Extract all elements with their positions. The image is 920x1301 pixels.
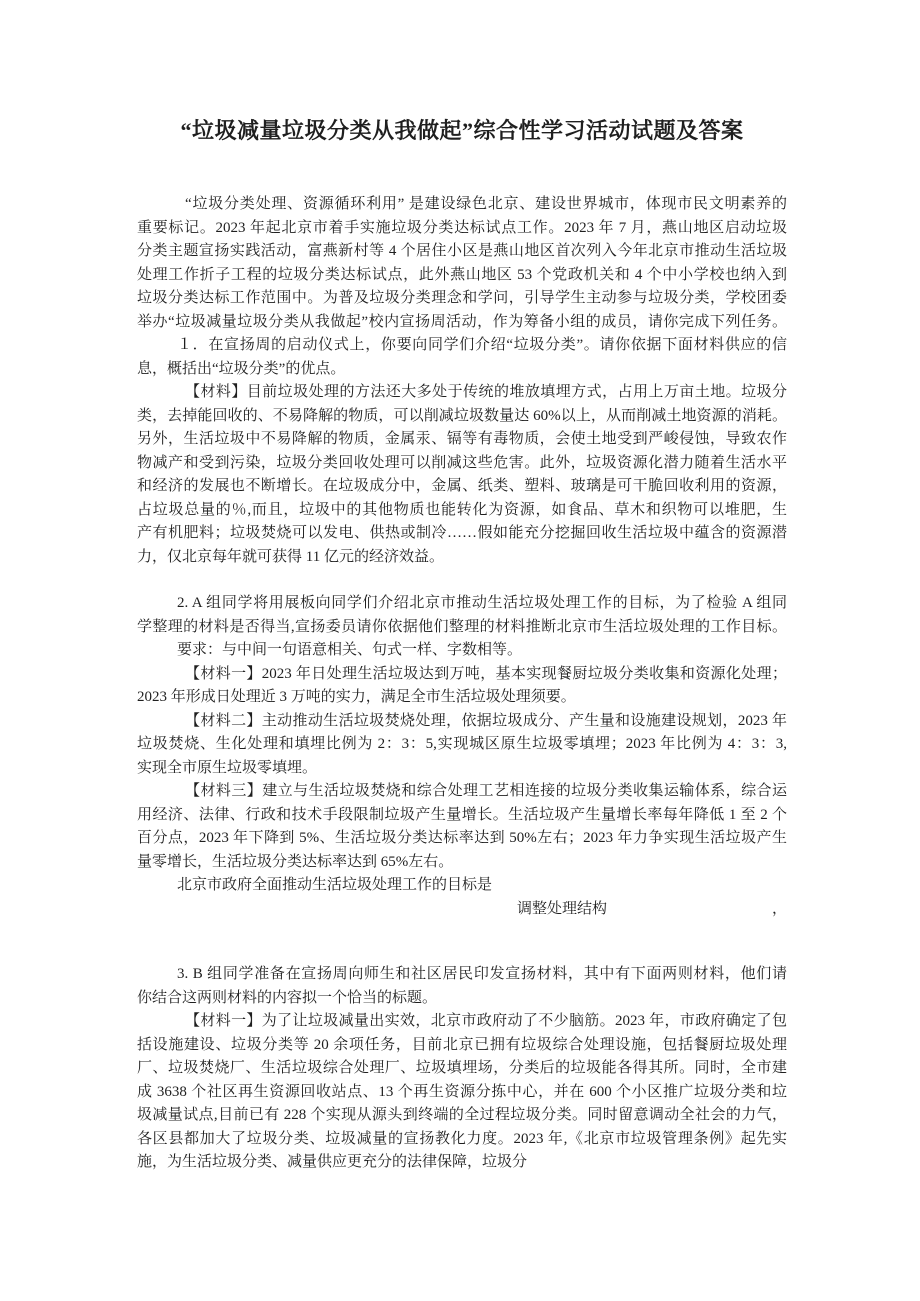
text-line: 【材料三】建立与生活垃圾焚烧和综合处理工艺相连接的垃圾分类收集运输体系，综合运	[137, 780, 787, 804]
text-line: 【材料一】为了让垃圾减量出实效，北京市政府动了不少脑筋。2023 年，市政府确定…	[137, 1010, 787, 1034]
text-line: 括设施建设、垃圾分类等 20 余项任务，目前北京已拥有垃圾综合处理设施，包括餐厨…	[137, 1034, 787, 1058]
text-line: 【材料】目前垃圾处理的方法还大多处于传统的堆放填埋方式，占用上万亩土地。垃圾分	[137, 381, 787, 405]
text-line: 成 3638 个社区再生资源回收站点、13 个再生资源分拣中心，并在 600 个…	[137, 1081, 787, 1105]
document-title: “垃圾减量垃圾分类从我做起”综合性学习活动试题及答案	[137, 116, 787, 146]
trailing-comma: ，	[772, 898, 787, 922]
text-line: 实现全市原生垃圾零填埋。	[137, 757, 787, 781]
text-line: 【材料二】主动推动生活垃圾焚烧处理，依据垃圾成分、产生量和设施建设规划，2023…	[137, 710, 787, 734]
text-line: 要求：与中间一句语意相关、句式一样、字数相等。	[137, 639, 787, 663]
text-line: 类，去掉能回收的、不易降解的物质，可以削减垃圾数量达 60%以上，从而削减土地资…	[137, 405, 787, 429]
text-line: 处理工作折子工程的垃圾分类达标试点，此外燕山地区 53 个党政机关和 4 个中小…	[137, 264, 787, 288]
text-line: 百分点，2023 年下降到 5%、生活垃圾分类达标率达到 50%左右；2023 …	[137, 827, 787, 851]
text-line: 学整理的材料是否得当,宣扬委员请你依据他们整理的材料推断北京市生活垃圾处理的工作…	[137, 616, 787, 640]
text-line: 分类主题宣扬实践活动，富燕新村等 4 个居住小区是燕山地区首次列入今年北京市推动…	[137, 240, 787, 264]
text-line: 圾减量试点,目前已有 228 个实现从源头到终端的全过程垃圾分类。同时留意调动全…	[137, 1104, 787, 1128]
text-line: 北京市政府全面推动生活垃圾处理工作的目标是	[137, 874, 787, 898]
text-line: １．在宣扬周的启动仪式上，你要向同学们介绍“垃圾分类”。请你依据下面材料供应的信	[137, 334, 787, 358]
text-line: 另外，生活垃圾中不易降解的物质，金属汞、镉等有毒物质，会使土地受到严峻侵蚀，导致…	[137, 428, 787, 452]
fill-in-answer-line: 调整处理结构，	[137, 898, 787, 922]
text-line: 垃圾分类达标工作范围中。为普及垃圾分类理念和学问，引导学生主动参与垃圾分类，学校…	[137, 287, 787, 311]
blank-line	[137, 921, 787, 963]
text-line: 施，为生活垃圾分类、减量供应更充分的法律保障，垃圾分	[137, 1151, 787, 1175]
text-line: 力，仅北京每年就可获得 11 亿元的经济效益。	[137, 546, 787, 570]
text-line: 【材料一】2023 年日处理生活垃圾达到万吨，基本实现餐厨垃圾分类收集和资源化处…	[137, 663, 787, 687]
text-line: 2. A 组同学将用展板向同学们介绍北京市推动生活垃圾处理工作的目标，为了检验 …	[137, 592, 787, 616]
text-line: 厂、垃圾焚烧厂、生活垃圾综合处理厂、垃圾填埋场，分类后的垃圾能各得其所。同时，全…	[137, 1057, 787, 1081]
text-line: 举办“垃圾减量垃圾分类从我做起”校内宣扬周活动，作为筹备小组的成员，请你完成下列…	[137, 311, 787, 335]
text-line: 重要标记。2023 年起北京市着手实施垃圾分类达标试点工作。2023 年 7 月…	[137, 217, 787, 241]
text-line: 占垃圾总量的％,而且，垃圾中的其他物质也能转化为资源，如食品、草木和织物可以堆肥…	[137, 499, 787, 523]
text-line: 用经济、法律、行政和技术手段限制垃圾产生量增长。生活垃圾产生量增长率每年降低 1…	[137, 804, 787, 828]
document-content: “垃圾减量垃圾分类从我做起”综合性学习活动试题及答案 “垃圾分类处理、资源循环利…	[137, 116, 787, 1175]
text-line: 息，概括出“垃圾分类”的优点。	[137, 358, 787, 382]
text-line: 3. B 组同学准备在宣扬周向师生和社区居民印发宣扬材料，其中有下面两则材料，他…	[137, 963, 787, 987]
text-line: 2023 年形成日处理近 3 万吨的实力，满足全市生活垃圾处理须要。	[137, 686, 787, 710]
text-line: “垃圾分类处理、资源循环利用” 是建设绿色北京、建设世界城市，体现市民文明素养的	[137, 193, 787, 217]
text-line: 量零增长，生活垃圾分类达标率达到 65%左右。	[137, 851, 787, 875]
blank-line	[137, 569, 787, 592]
text-line: 物减产和受到污染，垃圾分类回收处理可以削减这些危害。此外，垃圾资源化潜力随着生活…	[137, 452, 787, 476]
text-line: 和经济的发展也不断增长。在垃圾成分中，金属、纸类、塑料、玻璃是可干脆回收利用的资…	[137, 475, 787, 499]
document-body: “垃圾分类处理、资源循环利用” 是建设绿色北京、建设世界城市，体现市民文明素养的…	[137, 193, 787, 1175]
document-page: “垃圾减量垃圾分类从我做起”综合性学习活动试题及答案 “垃圾分类处理、资源循环利…	[0, 0, 920, 1301]
text-line: 垃圾焚烧、生化处理和填埋比例为 2：3：5,实现城区原生垃圾零填埋；2023 年…	[137, 733, 787, 757]
text-line: 各区县都加大了垃圾分类、垃圾减量的宣扬教化力度。2023 年,《北京市垃圾管理条…	[137, 1128, 787, 1152]
text-line: 产有机肥料；垃圾焚烧可以发电、供热或制冷……假如能充分挖掘回收生活垃圾中蕴含的资…	[137, 522, 787, 546]
text-line: 你结合这两则材料的内容拟一个恰当的标题。	[137, 987, 787, 1011]
answer-fill-text: 调整处理结构	[517, 898, 607, 922]
